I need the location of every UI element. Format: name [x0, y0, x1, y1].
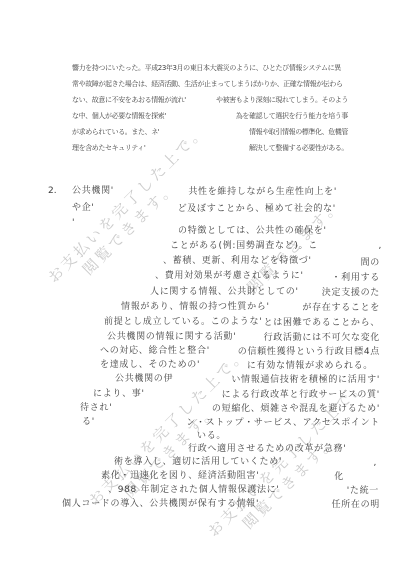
- text-fragment: 行政活動には不可欠な変化: [264, 333, 380, 343]
- text-fragment: を達成し、そのための': [100, 360, 200, 370]
- text-fragment: 素化・迅速化を図り、経済活動阻害': [101, 471, 259, 481]
- text-fragment: 為を確認して選択を行う能力を培う事: [236, 112, 348, 120]
- text-fragment: による行政改革と行政サービスの質': [222, 390, 380, 400]
- text-fragment: い情報通信技術を積極的に活用す': [231, 375, 380, 385]
- text-fragment: 決定支援のた: [322, 288, 380, 298]
- text-fragment: 、988 年制定された個人情報保護法に': [108, 485, 280, 495]
- text-fragment: ど及ぼすことから、極めて社会的な': [178, 204, 336, 214]
- watermark: お支払いを完了した上で。 閲覧できます。: [85, 344, 264, 523]
- text-fragment: 待され': [80, 403, 112, 413]
- text-fragment: への対応、総合性と整合': [100, 346, 210, 356]
- text-fragment: 前提とし成立している。このような': [104, 317, 262, 327]
- text-fragment: ,: [378, 241, 382, 251]
- text-fragment: 任所在の明: [331, 500, 380, 510]
- text-fragment: 人に関する情報、公共財としての': [150, 287, 299, 297]
- text-fragment: が求められている。また、ネ': [72, 128, 159, 136]
- text-fragment: により、事': [93, 389, 145, 399]
- document-page: お支払いを完了した上で。 閲覧できます。 閲覧できます。 お支払いを完了した上で…: [0, 0, 410, 580]
- text-fragment: 間の: [361, 258, 380, 268]
- text-fragment: ン・ストップ・サービス、アクセスポイント: [186, 418, 380, 428]
- text-fragment: や企': [72, 203, 95, 213]
- text-fragment: 常や故障が起きた場合は、経済活動、生活が止まってしまうばかりか、正確な情報が伝わ…: [72, 80, 343, 88]
- text-fragment: ': [72, 218, 75, 228]
- text-fragment: 理を含めたセキュリティ': [72, 144, 145, 152]
- text-fragment: 化: [334, 472, 344, 482]
- text-fragment: ,: [373, 458, 377, 468]
- section-number: 2.: [48, 186, 57, 196]
- text-fragment: 響力を持つにいたった。平成23年3月の東日本大震災のように、ひとたび情報システム…: [72, 64, 341, 72]
- text-fragment: 情報や取引情報の標準化、危機管: [249, 128, 348, 136]
- text-fragment: に有効な情報が求められる。: [247, 361, 373, 371]
- text-fragment: 情報があり、情報の持つ性質から': [121, 302, 270, 312]
- text-fragment: 術を導入し、適切に活用していくため': [114, 457, 282, 467]
- text-fragment: いる。: [197, 431, 226, 441]
- text-fragment: の信頼性獲得という行政目標4点: [238, 347, 380, 357]
- text-fragment: ことがある(例:国勢調査など)。こ: [170, 241, 318, 251]
- text-fragment: ない、故意に不安をあおる情報が流れ': [72, 96, 186, 104]
- section-heading: 公共機関': [72, 186, 114, 196]
- text-fragment: 個人コードの導入、公共機関が保有する情報': [62, 499, 259, 509]
- text-fragment: や被害もより深刻に現れてしまう。そのよう: [216, 96, 348, 104]
- text-fragment: る': [82, 417, 95, 427]
- text-fragment: 公共機関の情報に関する活動': [107, 332, 236, 342]
- text-fragment: とは困難であることから、: [264, 318, 380, 328]
- text-fragment: 'た統一: [347, 486, 379, 496]
- text-fragment: 、蓄積、更新、利用などを特徴づ': [163, 256, 312, 266]
- text-fragment: 、費用対効果が考慮されるように': [155, 271, 304, 281]
- text-fragment: の短縮化、煩雑さや混乱を避けるため': [212, 404, 380, 414]
- text-fragment: 解決して整備する必要性がある。: [249, 144, 348, 152]
- text-fragment: の特徴としては、公共性の確保を': [178, 226, 327, 236]
- text-fragment: な中、個人が必要な情報を探索': [72, 112, 166, 120]
- text-fragment: ・利用する: [331, 273, 380, 283]
- text-fragment: 共性を維持しながら生産性向上を': [188, 187, 337, 197]
- text-fragment: 公共機関の伊: [115, 374, 173, 384]
- text-fragment: が存在することを: [302, 303, 380, 313]
- text-fragment: 行政へ適用させるための改革が急務': [188, 444, 346, 454]
